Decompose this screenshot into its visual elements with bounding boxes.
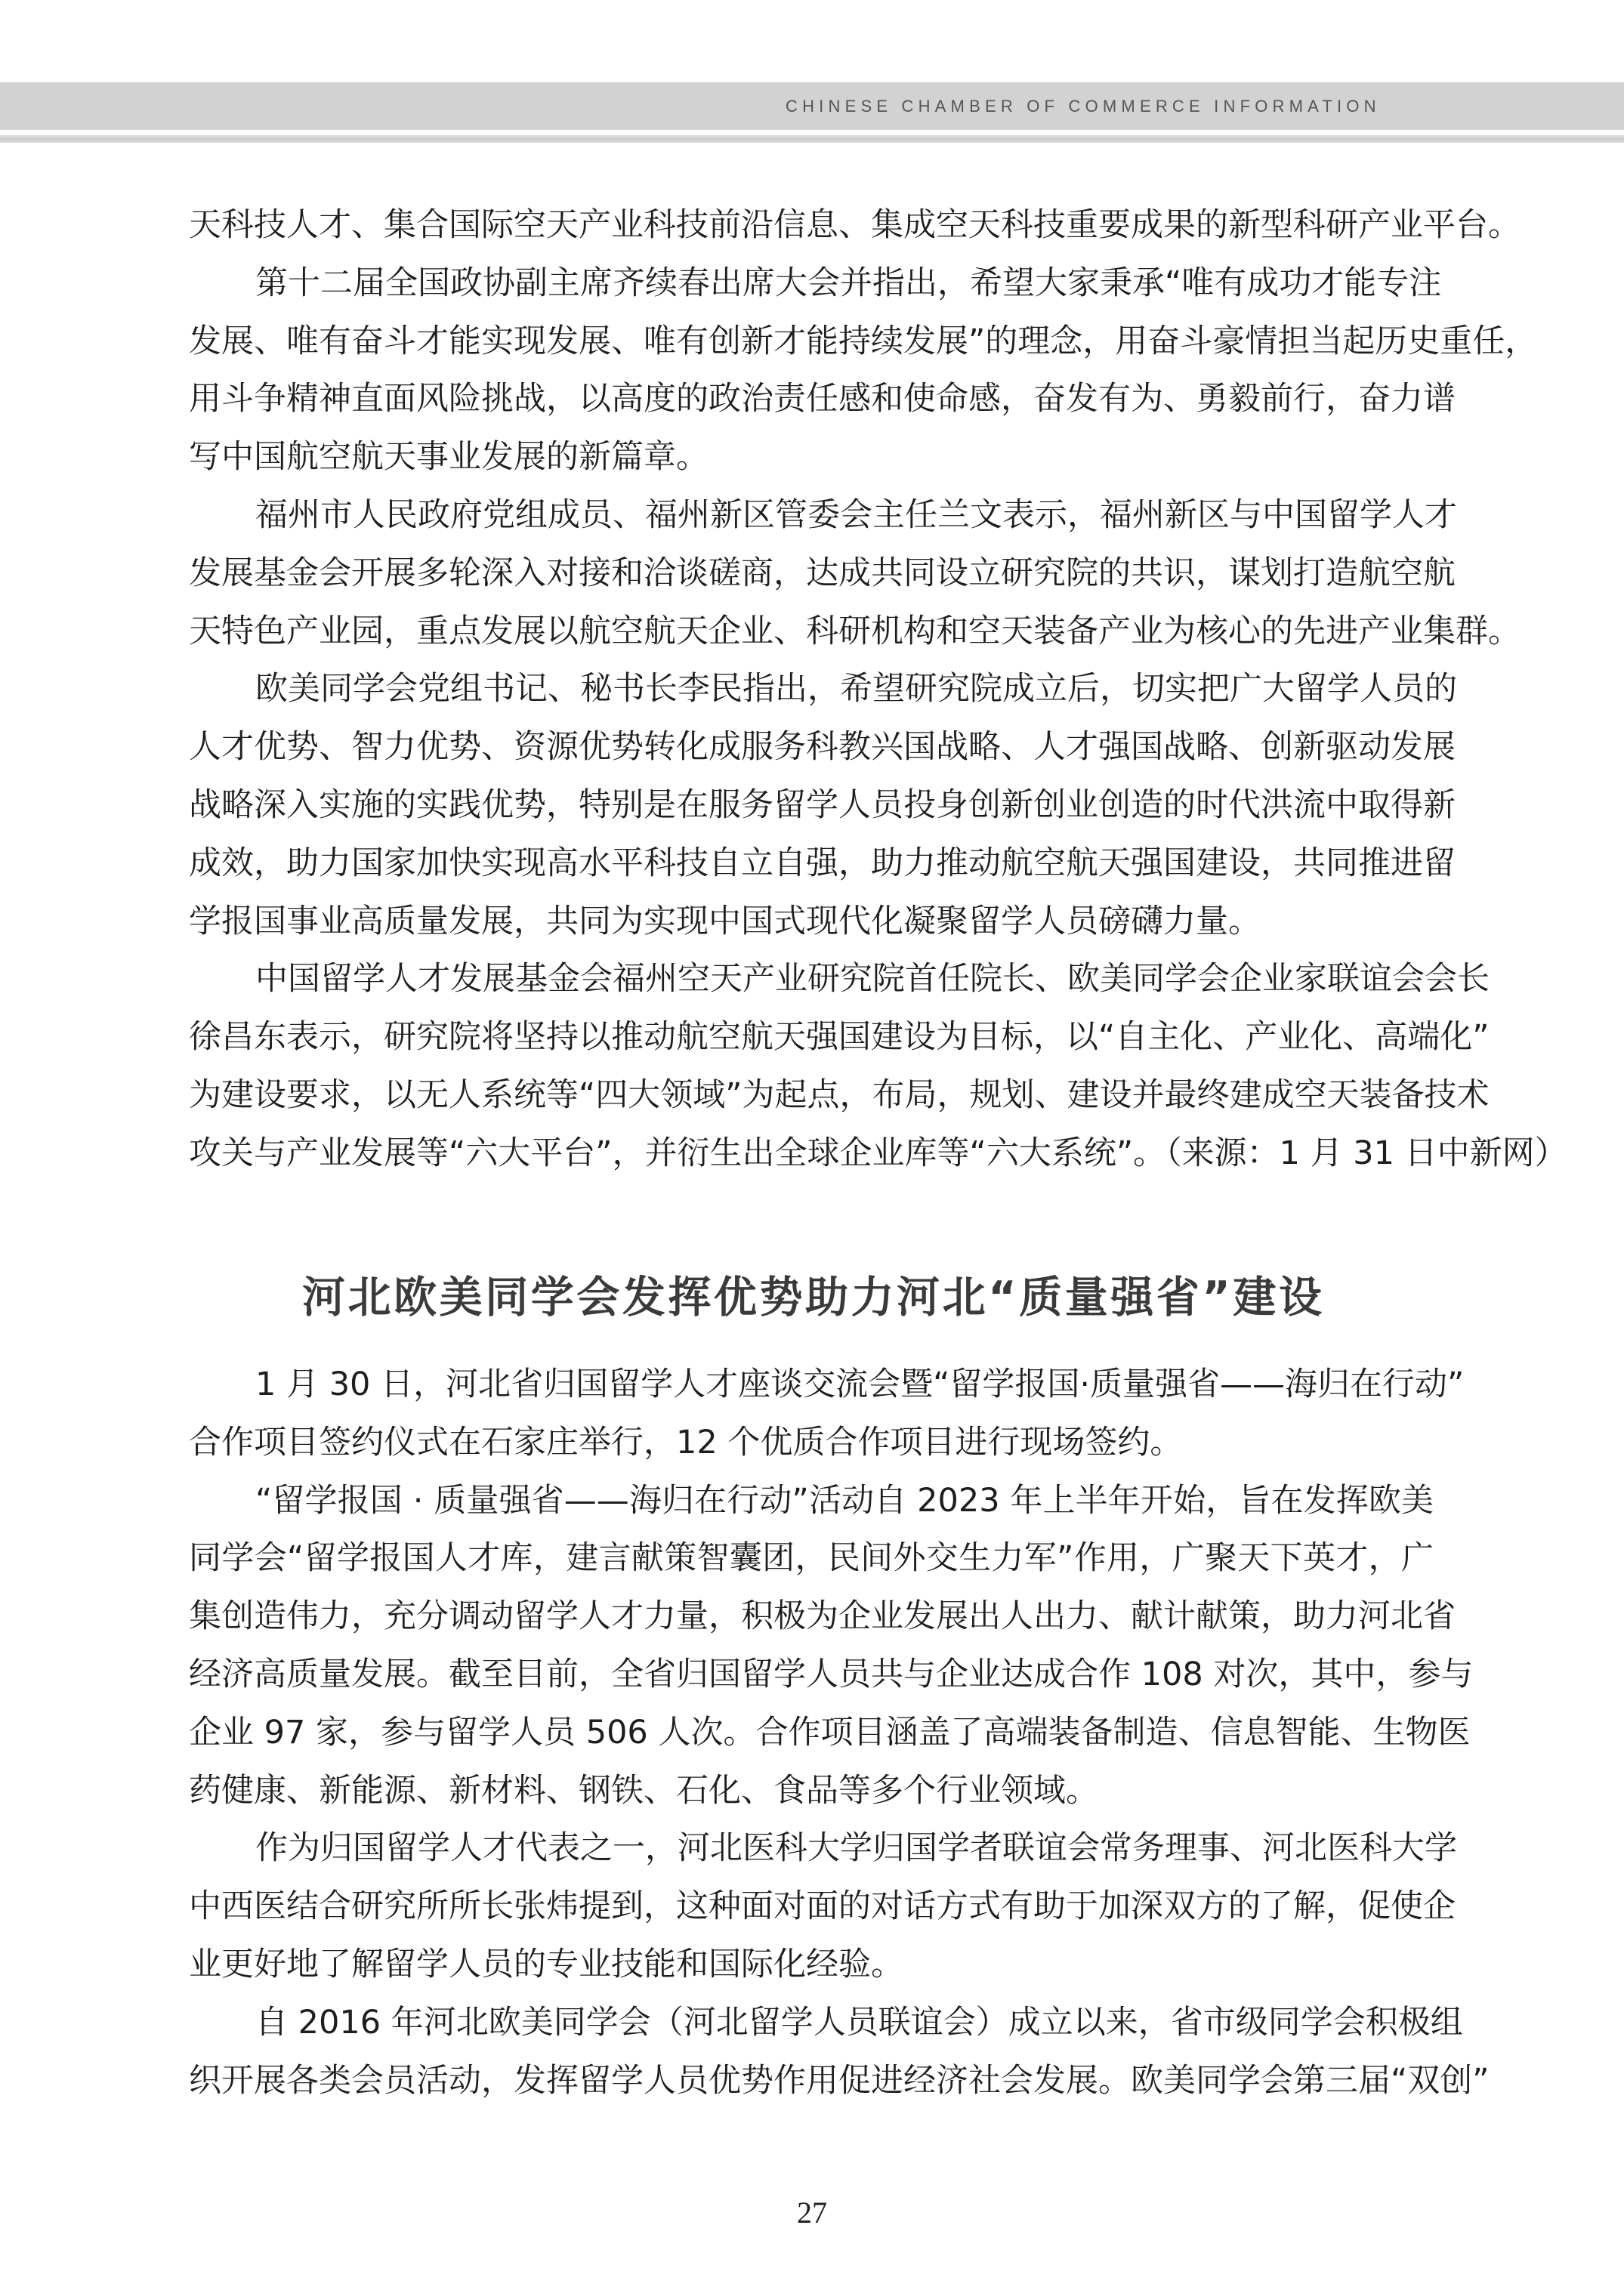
- paragraph-first-line: 作为归国留学人才代表之一，河北医科大学归国学者联谊会常务理事、河北医科大学: [189, 1819, 1434, 1878]
- article-2-body: 1 月 30 日，河北省归国留学人才座谈交流会暨“留学报国·质量强省——海归在行…: [189, 1356, 1434, 2109]
- paragraph-first-line: 1 月 30 日，河北省归国留学人才座谈交流会暨“留学报国·质量强省——海归在行…: [189, 1356, 1434, 1414]
- paragraph-first-line: 欧美同学会党组书记、秘书长李民指出，希望研究院成立后，切实把广大留学人员的: [189, 660, 1434, 718]
- body-line: 发展、唯有奋斗才能实现发展、唯有创新才能持续发展”的理念，用奋斗豪情担当起历史重…: [189, 313, 1434, 371]
- body-line: 药健康、新能源、新材料、钢铁、石化、食品等多个行业领域。: [189, 1762, 1434, 1820]
- article-1-body: 天科技人才、集合国际空天产业科技前沿信息、集成空天科技重要成果的新型科研产业平台…: [189, 196, 1434, 1183]
- body-line: 天科技人才、集合国际空天产业科技前沿信息、集成空天科技重要成果的新型科研产业平台…: [189, 196, 1434, 255]
- body-line: 集创造伟力，充分调动留学人才力量，积极为企业发展出人出力、献计献策，助力河北省: [189, 1588, 1434, 1646]
- body-line: 天特色产业园，重点发展以航空航天企业、科研机构和空天装备产业为核心的先进产业集群…: [189, 603, 1434, 661]
- paragraph-first-line: “留学报国 · 质量强省——海归在行动”活动自 2023 年上半年开始，旨在发挥…: [189, 1472, 1434, 1530]
- article-title: 河北欧美同学会发挥优势助力河北“质量强省”建设: [302, 1270, 1322, 1325]
- body-line: 为建设要求，以无人系统等“四大领域”为起点，布局，规划、建设并最终建成空天装备技…: [189, 1066, 1434, 1125]
- body-line: 业更好地了解留学人员的专业技能和国际化经验。: [189, 1936, 1434, 1994]
- body-line: 成效，助力国家加快实现高水平科技自立自强，助力推动航空航天强国建设，共同推进留: [189, 835, 1434, 893]
- header-divider: [0, 135, 1624, 143]
- body-line: 写中国航空航天事业发展的新篇章。: [189, 428, 1434, 486]
- body-line: 发展基金会开展多轮深入对接和洽谈磋商，达成共同设立研究院的共识，谋划打造航空航: [189, 545, 1434, 603]
- body-line: 战略深入实施的实践优势，特别是在服务留学人员投身创新创业创造的时代洪流中取得新: [189, 776, 1434, 835]
- body-line: 学报国事业高质量发展，共同为实现中国式现代化凝聚留学人员磅礴力量。: [189, 893, 1434, 951]
- paragraph-first-line: 自 2016 年河北欧美同学会（河北留学人员联谊会）成立以来，省市级同学会积极组: [189, 1994, 1434, 2052]
- source-citation-line: 攻关与产业发展等“六大平台”，并衍生出全球企业库等“六大系统”。（来源：1 月 …: [189, 1125, 1434, 1183]
- page-number: 27: [755, 2194, 869, 2232]
- body-line: 同学会“留学报国人才库，建言献策智囊团，民间外交生力军”作用，广聚天下英才，广: [189, 1529, 1434, 1588]
- publication-title: CHINESE CHAMBER OF COMMERCE INFORMATION: [786, 96, 1422, 117]
- paragraph-first-line: 第十二届全国政协副主席齐续春出席大会并指出，希望大家秉承“唯有成功才能专注: [189, 255, 1434, 313]
- body-line: 人才优势、智力优势、资源优势转化成服务科教兴国战略、人才强国战略、创新驱动发展: [189, 718, 1434, 776]
- paragraph-first-line: 福州市人民政府党组成员、福州新区管委会主任兰文表示，福州新区与中国留学人才: [189, 486, 1434, 545]
- body-line: 织开展各类会员活动，发挥留学人员优势作用促进经济社会发展。欧美同学会第三届“双创…: [189, 2052, 1434, 2110]
- body-line: 企业 97 家，参与留学人员 506 人次。合作项目涵盖了高端装备制造、信息智能…: [189, 1704, 1434, 1762]
- paragraph-first-line: 中国留学人才发展基金会福州空天产业研究院首任院长、欧美同学会企业家联谊会会长: [189, 950, 1434, 1008]
- body-line: 合作项目签约仪式在石家庄举行，12 个优质合作项目进行现场签约。: [189, 1414, 1434, 1472]
- body-line: 中西医结合研究所所长张炜提到，这种面对面的对话方式有助于加深双方的了解，促使企: [189, 1878, 1434, 1936]
- body-line: 徐昌东表示，研究院将坚持以推动航空航天强国建设为目标，以“自主化、产业化、高端化…: [189, 1008, 1434, 1066]
- body-line: 经济高质量发展。截至目前，全省归国留学人员共与企业达成合作 108 对次，其中，…: [189, 1646, 1434, 1704]
- body-line: 用斗争精神直面风险挑战，以高度的政治责任感和使命感，奋发有为、勇毅前行，奋力谱: [189, 370, 1434, 428]
